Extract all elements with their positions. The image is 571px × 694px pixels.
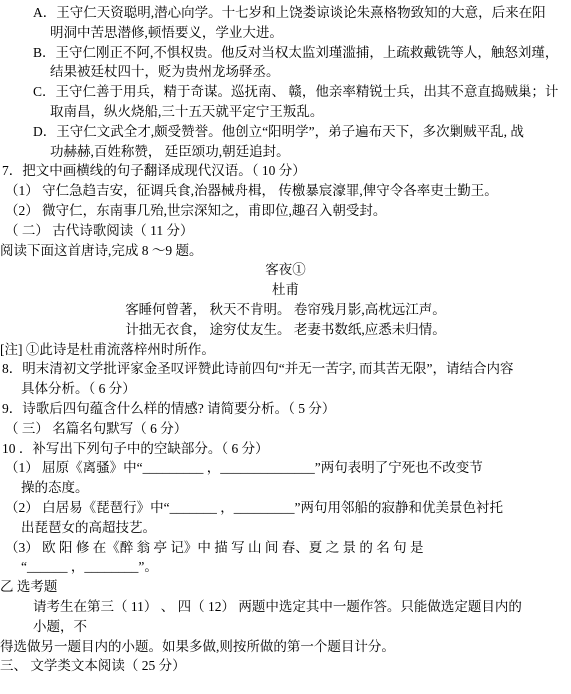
section-2-heading: （ 二） 古代诗歌阅读（ 11 分） xyxy=(5,221,571,241)
elective-note-line3: 得选做另一题目内的小题。如果多做,则按所做的第一个题目计分。 xyxy=(0,637,571,657)
question-10-part-3-line1: （3） 欧 阳 修 在《醉 翁 亭 记》中 描 写 山 间 春、夏 之 景 的 … xyxy=(5,538,571,558)
choice-B-line2: 结果被廷杖四十，贬为贵州龙场驿丞。 xyxy=(50,62,571,82)
question-10-part-3-line2: “______ ，________”。 xyxy=(21,557,571,577)
question-9: 9．诗歌后四句蕴含什么样的情感? 请简要分析。（ 5 分） xyxy=(2,399,571,419)
question-7: 7．把文中画横线的句子翻译成现代汉语。（ 10 分） xyxy=(2,161,571,181)
choice-A-line2: 明洞中苦思潜修,顿悟要义，学业大进。 xyxy=(50,23,571,43)
choice-A-line1: A．王守仁天资聪明,潜心向学。十七岁和上饶娄谅谈论朱熹格物致知的大意，后来在阳 xyxy=(33,3,571,23)
poem-instruction: 阅读下面这首唐诗,完成 8 ～9 题。 xyxy=(0,241,571,261)
elective-note-line1: 请考生在第三（ 11） 、 四（ 12） 两题中选定其中一题作答。只能做选定题目… xyxy=(33,597,571,617)
poem-author: 杜甫 xyxy=(0,280,571,300)
question-8-line1: 8．明末清初文学批评家金圣叹评赞此诗前四句“并无一苦字, 而其苦无限”，请结合内… xyxy=(2,359,571,379)
choice-C-line1: C．王守仁善于用兵，精于奇谋。巡抚南、 赣，他亲率精锐士兵，出其不意直捣贼巢；计 xyxy=(33,82,571,102)
section-san-heading: 三、 文学类文本阅读（ 25 分） xyxy=(0,656,571,676)
section-yi-heading: 乙 选考题 xyxy=(0,577,571,597)
choice-C-line2: 取南昌，纵火烧船,三十五天就平定宁王叛乱。 xyxy=(50,102,571,122)
poem-line-2: 计拙无衣食， 途穷仗友生。 老妻书数纸,应悉未归情。 xyxy=(0,320,571,340)
question-10-part-2-line1: （2） 白居易《琵琶行》中“_______ ，_________”两句用邻船的寂… xyxy=(5,498,571,518)
question-10-part-1-line1: （1） 屈原《离骚》中“_________ ，______________”两句… xyxy=(5,458,571,478)
question-10-part-2-line2: 出琵琶女的高超技艺。 xyxy=(21,518,571,538)
choice-D-line1: D．王守仁文武全才,颇受赞誉。他创立“阳明学”，弟子遍布天下，多次剿贼平乱, 战 xyxy=(33,122,571,142)
exam-paper-page: A．王守仁天资聪明,潜心向学。十七岁和上饶娄谅谈论朱熹格物致知的大意，后来在阳明… xyxy=(0,0,571,694)
question-10: 10 ．补写出下列句子中的空缺部分。（ 6 分） xyxy=(2,439,571,459)
section-3-heading: （ 三） 名篇名句默写（ 6 分） xyxy=(5,419,571,439)
question-10-part-1-line2: 操的态度。 xyxy=(21,478,571,498)
elective-note-line2: 小题，不 xyxy=(33,617,571,637)
question-8-line2: 具体分析。（ 6 分） xyxy=(21,379,571,399)
poem-title: 客夜① xyxy=(0,260,571,280)
question-7-part-1: （1） 守仁急趋吉安，征调兵食,治器械舟楫， 传檄暴宸濠罪,俾守令各率吏士勤王。 xyxy=(5,181,571,201)
choice-D-line2: 功赫赫,百姓称赞， 廷臣颂功,朝廷追封。 xyxy=(50,142,571,162)
poem-note: [注] ①此诗是杜甫流落梓州时所作。 xyxy=(0,340,571,360)
choice-B-line1: B．王守仁刚正不阿,不惧权贵。他反对当权太监刘瑾滥捕，上疏救戴铣等人，触怒刘瑾， xyxy=(33,43,571,63)
poem-line-1: 客睡何曾著， 秋天不肯明。 卷帘残月影,高枕远江声。 xyxy=(0,300,571,320)
question-7-part-2: （2） 微守仁，东南事几殆,世宗深知之，甫即位,趣召入朝受封。 xyxy=(5,201,571,221)
